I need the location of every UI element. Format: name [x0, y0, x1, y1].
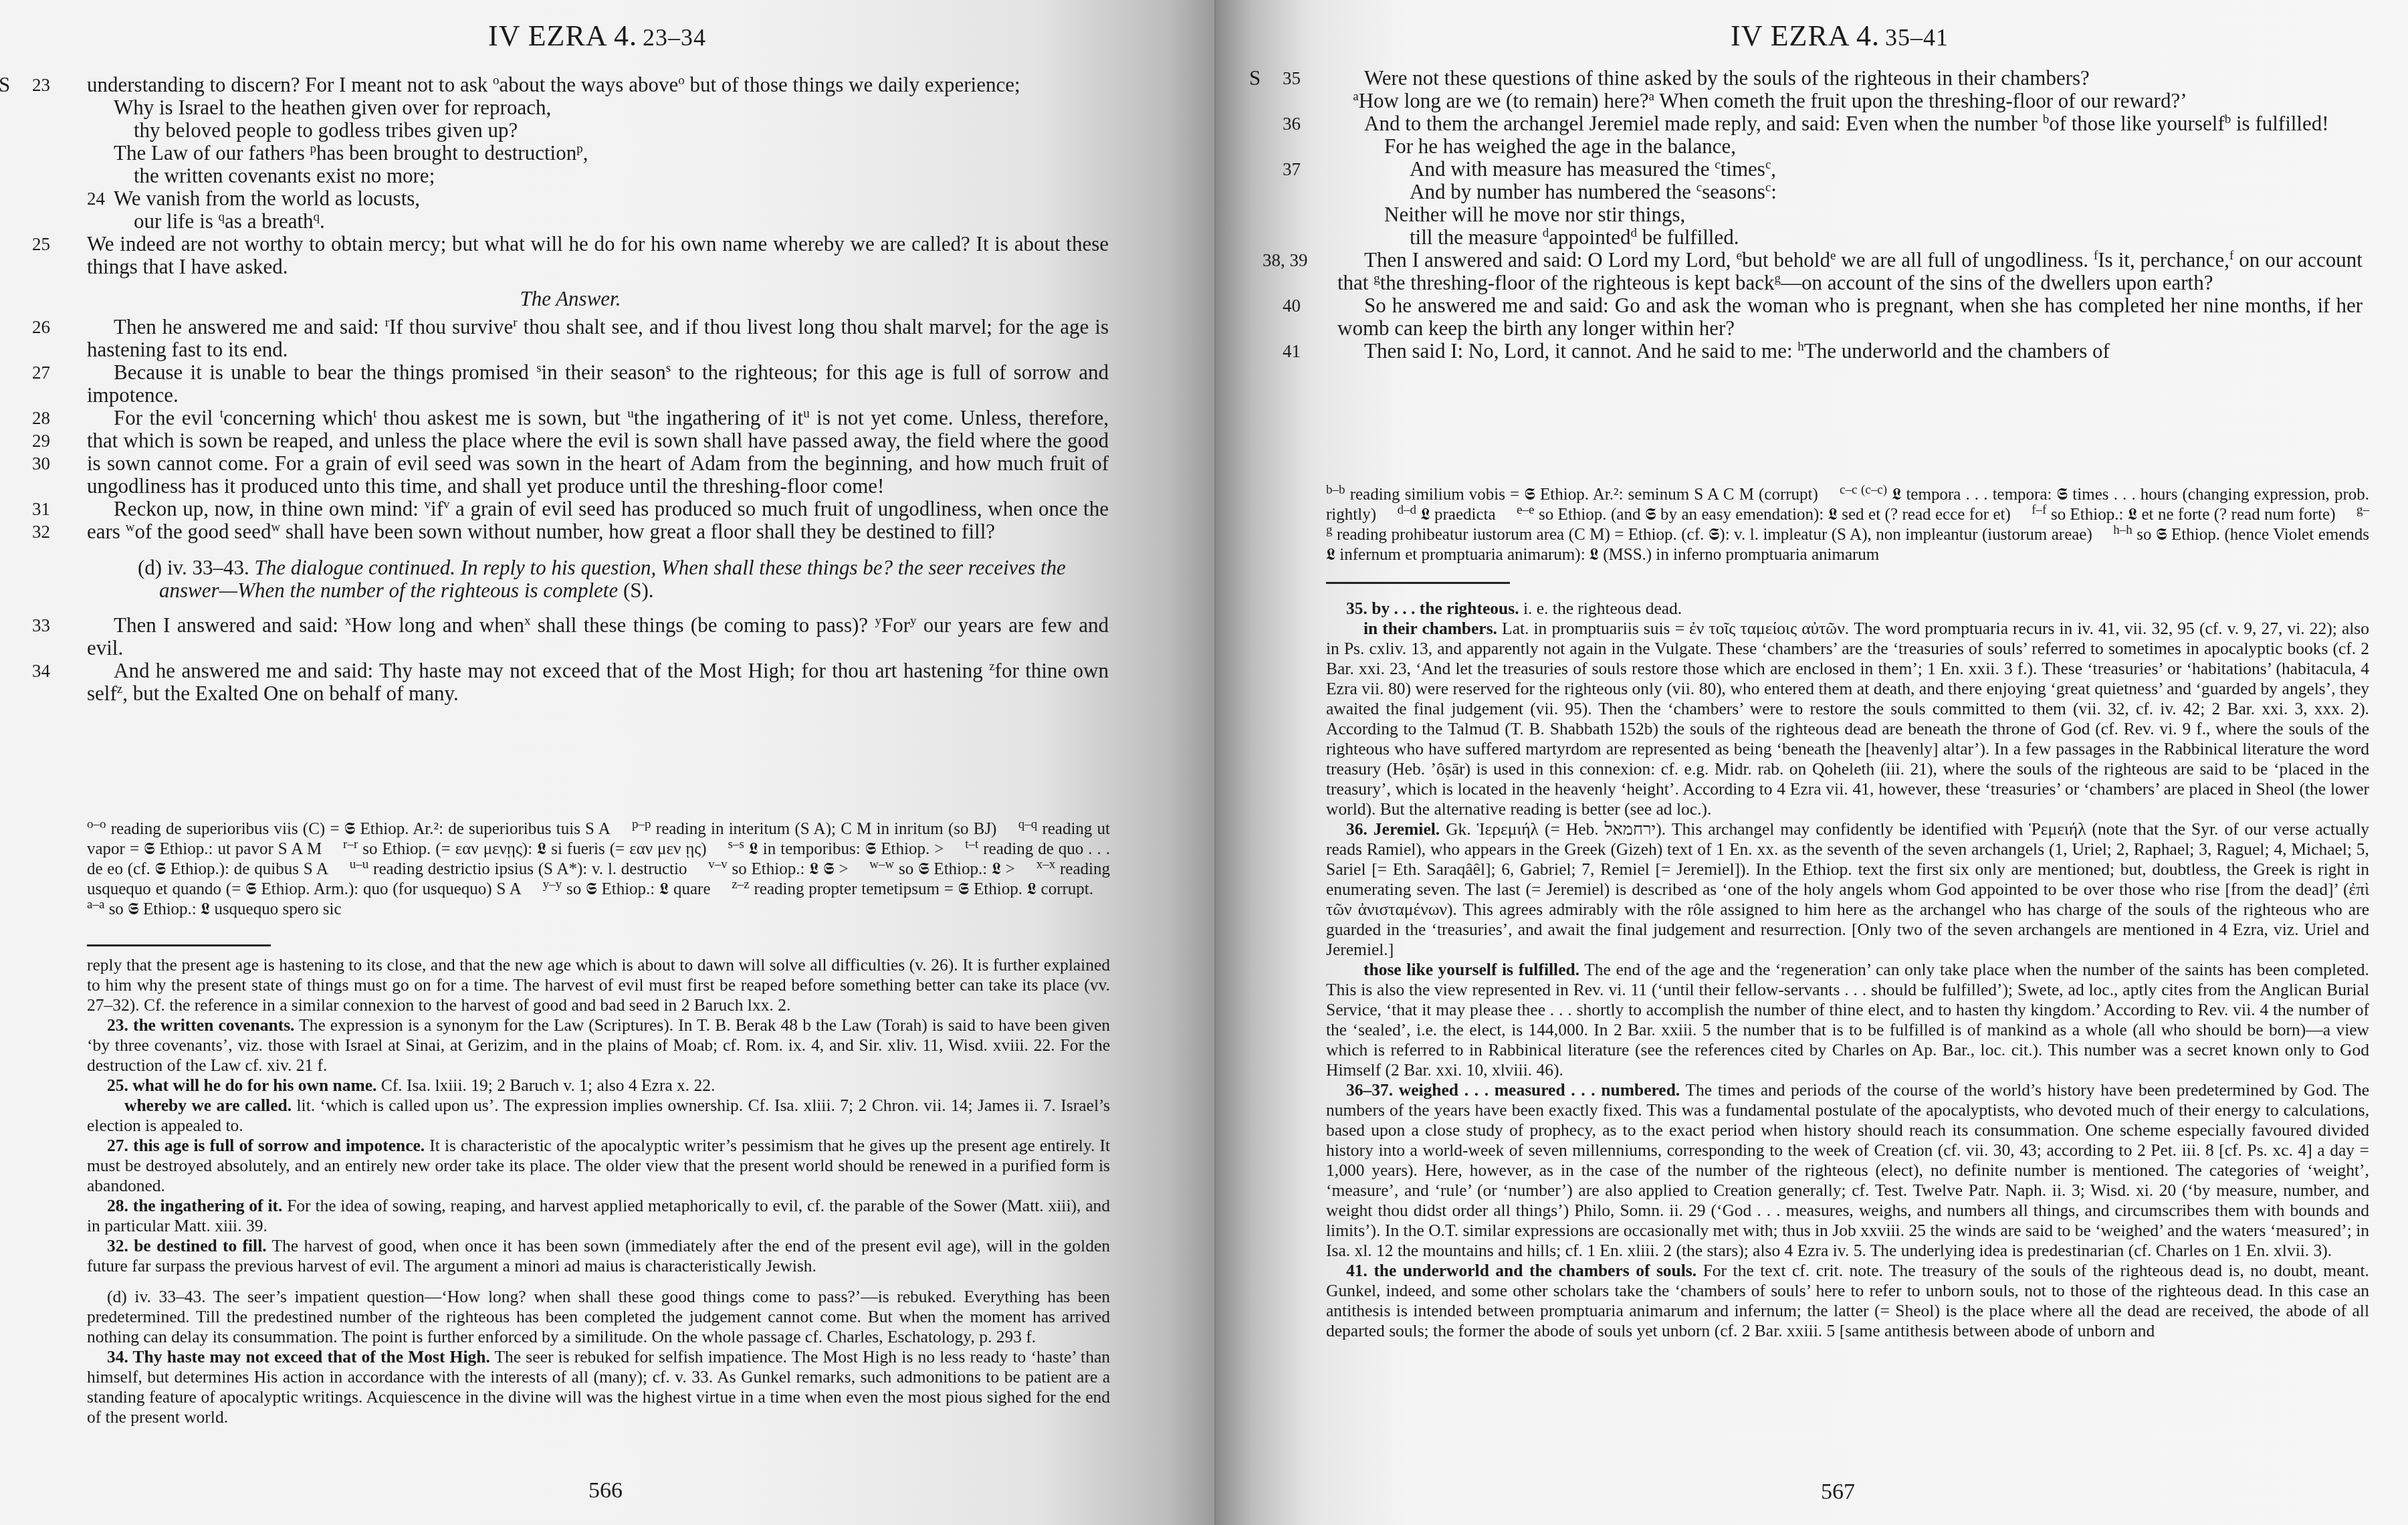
poem-line: thy beloved people to godless tribes giv… [32, 119, 1109, 142]
lemma: 25. what will he do for his own name. [107, 1076, 376, 1095]
lemma: 23. the written covenants. [107, 1015, 294, 1035]
verse-number: 24 [87, 187, 105, 210]
poem-line: Why is Israel to the heathen given over … [32, 96, 1109, 119]
critical-apparatus-right: b–b reading similium vobis = 𝕾 Ethiop. A… [1326, 485, 2369, 565]
running-head-left: IV EZRA 4.23–34 [488, 19, 706, 53]
apparatus-entry: f–f so Ethiop.: 𝕷 et ne forte (? read nu… [2032, 506, 2335, 524]
verse-number: 41 [1283, 340, 1301, 363]
commentary-para: 36–37. weighed . . . measured . . . numb… [1326, 1080, 2369, 1261]
verse-26: 26 Then he answered me and said: rIf tho… [32, 316, 1109, 361]
footnote-rule [1326, 582, 1510, 584]
commentary-para: 32. be destined to fill. The harvest of … [87, 1236, 1110, 1276]
apparatus-entry: d–d 𝕷 praedicta [1397, 506, 1495, 524]
verse-24: 24 We vanish from the world as locusts, … [32, 187, 1109, 233]
lemma: those like yourself is fulfilled. [1363, 960, 1579, 979]
verse-number: 26 [32, 316, 50, 338]
lemma: 41. the underworld and the chambers of s… [1346, 1261, 1696, 1280]
poem-line: our life is qas a breathq. [32, 210, 1109, 233]
verse-number: 40 [1283, 294, 1301, 317]
verse-34: 34 And he answered me and said: Thy hast… [32, 659, 1109, 705]
verse-number: 32 [32, 520, 50, 543]
verse-35: S 35 Were not these questions of thine a… [1283, 67, 2363, 112]
commentary-para: those like yourself is fulfilled. The en… [1326, 960, 2369, 1080]
source-sigil: S [1249, 67, 1261, 90]
footnote-rule [87, 944, 271, 946]
apparatus-entry: r–r so Ethiop. (= εαν μενῃς): 𝕷 si fueri… [343, 840, 706, 858]
commentary-para: reply that the present age is hastening … [87, 955, 1110, 1015]
lemma: 36–37. weighed . . . measured . . . numb… [1346, 1080, 1680, 1100]
apparatus-entry: s–s 𝕷 in temporibus: 𝕾 Ethiop. > [728, 840, 944, 858]
commentary-right: 35. by . . . the righteous. i. e. the ri… [1326, 599, 2369, 1341]
verse-38-39: 38, 39 Then I answered and said: O Lord … [1283, 249, 2363, 294]
verse-number: 28 [32, 407, 50, 429]
apparatus-entry: p–p reading in interitum (S A); C M in i… [632, 820, 996, 838]
poem-line: And with measure has measured the ctimes… [1283, 158, 2363, 181]
source-sigil: S [0, 74, 10, 96]
verse-number: 27 [32, 361, 50, 384]
main-text-left: S 23 understanding to discern? For I mea… [32, 74, 1109, 705]
running-head-title: IV EZRA 4. [1731, 19, 1880, 52]
poem-line: Neither will he move nor stir things, [1283, 203, 2363, 226]
verse-25: 25 We indeed are not worthy to obtain me… [32, 233, 1109, 278]
apparatus-entry: a–a so 𝕾 Ethiop.: 𝕷 usquequo spero sic [87, 900, 342, 918]
verse-number: 34 [32, 659, 50, 682]
commentary-para: 25. what will he do for his own name. Cf… [87, 1076, 1110, 1096]
apparatus-entry: w–w so 𝕾 Ethiop.: 𝕷 > [869, 860, 1015, 878]
commentary-para: 34. Thy haste may not exceed that of the… [87, 1347, 1110, 1427]
poem-line: till the measure dappointedd be fulfille… [1283, 226, 2363, 249]
lemma: 35. by . . . the righteous. [1346, 599, 1519, 618]
verse-number: 29 [32, 429, 50, 452]
running-head-range: 35–41 [1885, 24, 1949, 51]
lemma: 36. Jeremiel. [1346, 819, 1440, 839]
left-page: IV EZRA 4.23–34 S 23 understanding to di… [0, 0, 1216, 1525]
page-number: 566 [588, 1478, 623, 1504]
verse-number: 35 [1283, 67, 1301, 90]
verse-27: 27 Because it is unable to bear the thin… [32, 361, 1109, 407]
lemma: 32. be destined to fill. [107, 1236, 267, 1255]
verse-number: 38, 39 [1263, 249, 1308, 272]
critical-apparatus-left: o–o reading de superioribus viis (C) = 𝕾… [87, 819, 1110, 920]
main-text-right: S 35 Were not these questions of thine a… [1283, 67, 2363, 363]
lemma: (d) iv. 33–43. [107, 1287, 206, 1306]
page-number: 567 [1821, 1480, 1855, 1505]
verse-40: 40 So he answered me and said: Go and as… [1283, 294, 2363, 340]
poem-line: For he has weighed the age in the balanc… [1283, 135, 2363, 158]
verse-28-30: 28 29 30 For the evil tconcerning whicht… [32, 407, 1109, 498]
verse-41: 41 Then said I: No, Lord, it cannot. And… [1283, 340, 2363, 363]
lemma: 27. this age is full of sorrow and impot… [107, 1136, 425, 1155]
lemma: in their chambers. [1363, 619, 1497, 638]
apparatus-entry: b–b reading similium vobis = 𝕾 Ethiop. A… [1326, 486, 1818, 504]
apparatus-entry: u–u reading destrictio ipsius (S A*): v.… [350, 860, 687, 878]
apparatus-entry: z–z reading propter temetipsum = 𝕾 Ethio… [732, 880, 1093, 898]
verse-37: 37 And with measure has measured the cti… [1283, 158, 2363, 203]
poem-line: The Law of our fathers phas been brought… [32, 142, 1109, 165]
poem-line: And by number has numbered the cseasonsc… [1283, 181, 2363, 203]
lemma: whereby we are called. [124, 1096, 292, 1115]
lemma: 34. Thy haste may not exceed that of the… [107, 1347, 490, 1366]
commentary-para: 36. Jeremiel. Gk. Ἱερεμιήλ (= Heb. ירחמא… [1326, 819, 2369, 960]
commentary-para: 28. the ingathering of it. For the idea … [87, 1196, 1110, 1236]
commentary-left: reply that the present age is hastening … [87, 955, 1110, 1427]
running-head-title: IV EZRA 4. [488, 19, 637, 52]
section-summary: (d) iv. 33–43. The dialogue continued. I… [32, 556, 1109, 602]
verse-31-32: 31 32 Reckon up, now, in thine own mind:… [32, 498, 1109, 543]
commentary-para: 23. the written covenants. The expressio… [87, 1015, 1110, 1076]
apparatus-entry: y–y so 𝕾 Ethiop.: 𝕷 quare [543, 880, 711, 898]
apparatus-entry: v–v so Ethiop.: 𝕷 𝕾 > [708, 860, 848, 878]
commentary-para: 35. by . . . the righteous. i. e. the ri… [1326, 599, 2369, 619]
verse-23: S 23 understanding to discern? For I mea… [32, 74, 1109, 96]
commentary-para: 27. this age is full of sorrow and impot… [87, 1136, 1110, 1196]
apparatus-entry: o–o reading de superioribus viis (C) = 𝕾… [87, 820, 611, 838]
verse-33: 33 Then I answered and said: xHow long a… [32, 614, 1109, 659]
commentary-para: 41. the underworld and the chambers of s… [1326, 1261, 2369, 1341]
verse-number: 33 [32, 614, 50, 637]
apparatus-entry: e–e so Ethiop. (and 𝕾 by an easy emendat… [1517, 506, 2011, 524]
running-head-right: IV EZRA 4.35–41 [1731, 19, 1949, 53]
verse-number: 31 [32, 498, 50, 520]
commentary-para: in their chambers. Lat. in promptuariis … [1326, 619, 2369, 819]
verse-number: 36 [1283, 112, 1301, 135]
running-head-range: 23–34 [643, 24, 706, 51]
right-page: IV EZRA 4.35–41 S 35 Were not these ques… [1216, 0, 2408, 1525]
verse-number: 23 [32, 74, 50, 96]
verse-36: 36 And to them the archangel Jeremiel ma… [1283, 112, 2363, 135]
commentary-para: whereby we are called. lit. ‘which is ca… [87, 1096, 1110, 1136]
footnote-marker: o [678, 74, 685, 88]
section-title: The Answer. [32, 288, 1109, 310]
verse-number: 25 [32, 233, 50, 256]
verse-number: 30 [32, 452, 50, 475]
poem-line: We vanish from the world as locusts, [32, 187, 1109, 210]
verse-number: 37 [1283, 158, 1301, 181]
lemma: 28. the ingathering of it. [107, 1196, 282, 1215]
poem-line: the written covenants exist no more; [32, 165, 1109, 187]
commentary-para: (d) iv. 33–43. The seer’s impatient ques… [87, 1287, 1110, 1347]
